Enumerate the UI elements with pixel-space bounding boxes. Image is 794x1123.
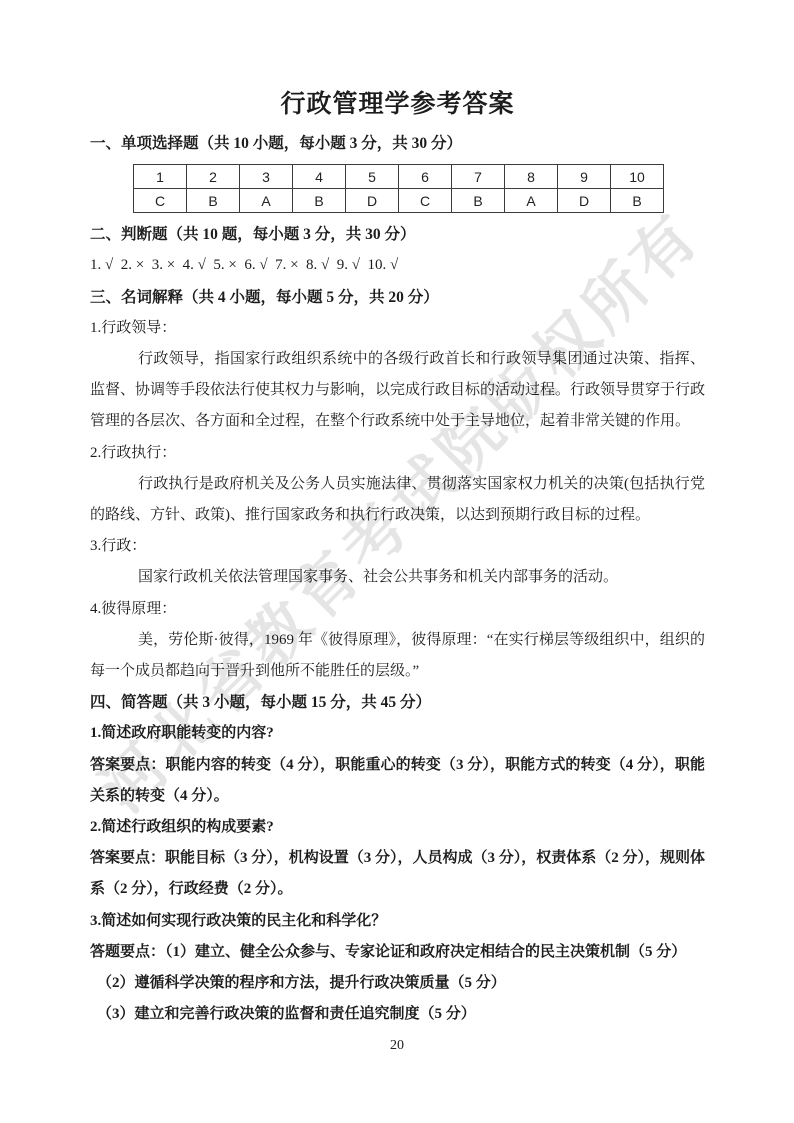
- term-title: 4.彼得原理：: [90, 594, 705, 625]
- mcq-number-cell: 8: [505, 165, 558, 189]
- short-answer-item: 2.简述行政组织的构成要素? 答案要点：职能目标（3 分），机构设置（3 分），…: [90, 812, 705, 906]
- mcq-answer-cell: A: [240, 189, 293, 213]
- mcq-number-cell: 5: [346, 165, 399, 189]
- mcq-answer-cell: D: [558, 189, 611, 213]
- answer: （2）遵循科学决策的程序和方法，提升行政决策质量（5 分）: [90, 968, 705, 999]
- answer: 答案要点：职能内容的转变（4 分），职能重心的转变（3 分），职能方式的转变（4…: [90, 750, 705, 812]
- short-answer-section: 四、简答题（共 3 小题，每小题 15 分，共 45 分） 1.简述政府职能转变…: [90, 687, 705, 1030]
- mcq-number-cell: 7: [452, 165, 505, 189]
- term-definition: 美，劳伦斯·彼得，1969 年《彼得原理》，彼得原理：“在实行梯层等级组织中，组…: [90, 625, 705, 687]
- section-2-heading: 二、判断题（共 10 题，每小题 3 分，共 30 分）: [90, 219, 705, 250]
- short-answer-item: 3.简述如何实现行政决策的民主化和科学化？ 答题要点：（1）建立、健全公众参与、…: [90, 906, 705, 1031]
- mcq-number-cell: 6: [399, 165, 452, 189]
- question: 1.简述政府职能转变的内容?: [90, 718, 705, 749]
- mcq-answer-cell: B: [187, 189, 240, 213]
- mcq-answer-cell: B: [452, 189, 505, 213]
- document-page: 河北省教育考试院版权所有 行政管理学参考答案 一、单项选择题（共 10 小题，每…: [0, 0, 794, 1123]
- mcq-number-cell: 3: [240, 165, 293, 189]
- mcq-answer-cell: C: [399, 189, 452, 213]
- document-content: 行政管理学参考答案 一、单项选择题（共 10 小题，每小题 3 分，共 30 分…: [90, 0, 705, 1030]
- judgment-answers-line: 1. √ 2. × 3. × 4. √ 5. × 6. √ 7. × 8. √ …: [90, 250, 705, 281]
- term-title: 3.行政：: [90, 531, 705, 562]
- section-3-heading: 三、名词解释（共 4 小题，每小题 5 分，共 20 分）: [90, 282, 705, 313]
- term-title: 2.行政执行：: [90, 438, 705, 469]
- term-definition: 国家行政机关依法管理国家事务、社会公共事务和机关内部事务的活动。: [90, 562, 705, 593]
- question: 3.简述如何实现行政决策的民主化和科学化？: [90, 906, 705, 937]
- mcq-answer-cell: B: [611, 189, 664, 213]
- mcq-answer-cell: D: [346, 189, 399, 213]
- term-item: 4.彼得原理： 美，劳伦斯·彼得，1969 年《彼得原理》，彼得原理：“在实行梯…: [90, 594, 705, 688]
- mcq-answer-row: C B A B D C B A D B: [134, 189, 664, 213]
- mcq-number-cell: 1: [134, 165, 187, 189]
- mcq-answer-cell: B: [293, 189, 346, 213]
- mcq-number-cell: 9: [558, 165, 611, 189]
- section-4-heading: 四、简答题（共 3 小题，每小题 15 分，共 45 分）: [90, 687, 705, 718]
- page-number: 20: [0, 1038, 794, 1054]
- mcq-number-cell: 4: [293, 165, 346, 189]
- term-item: 2.行政执行： 行政执行是政府机关及公务人员实施法律、贯彻落实国家权力机关的决策…: [90, 438, 705, 532]
- mcq-answer-cell: C: [134, 189, 187, 213]
- term-definition: 行政领导，指国家行政组织系统中的各级行政首长和行政领导集团通过决策、指挥、监督、…: [90, 344, 705, 438]
- answer: 答案要点：职能目标（3 分），机构设置（3 分），人员构成（3 分），权责体系（…: [90, 843, 705, 905]
- mcq-number-cell: 2: [187, 165, 240, 189]
- term-definition: 行政执行是政府机关及公务人员实施法律、贯彻落实国家权力机关的决策(包括执行党的路…: [90, 469, 705, 531]
- answer: （3）建立和完善行政决策的监督和责任追究制度（5 分）: [90, 999, 705, 1030]
- mcq-number-cell: 10: [611, 165, 664, 189]
- mcq-number-row: 1 2 3 4 5 6 7 8 9 10: [134, 165, 664, 189]
- answer: 答题要点：（1）建立、健全公众参与、专家论证和政府决定相结合的民主决策机制（5 …: [90, 937, 705, 968]
- mcq-answer-table: 1 2 3 4 5 6 7 8 9 10 C B A B D C: [133, 164, 664, 213]
- section-1-heading: 一、单项选择题（共 10 小题，每小题 3 分，共 30 分）: [90, 128, 705, 159]
- page-title: 行政管理学参考答案: [90, 88, 705, 122]
- short-answer-item: 1.简述政府职能转变的内容? 答案要点：职能内容的转变（4 分），职能重心的转变…: [90, 718, 705, 812]
- question: 2.简述行政组织的构成要素?: [90, 812, 705, 843]
- term-item: 3.行政： 国家行政机关依法管理国家事务、社会公共事务和机关内部事务的活动。: [90, 531, 705, 593]
- term-item: 1.行政领导： 行政领导，指国家行政组织系统中的各级行政首长和行政领导集团通过决…: [90, 313, 705, 438]
- term-title: 1.行政领导：: [90, 313, 705, 344]
- mcq-answer-cell: A: [505, 189, 558, 213]
